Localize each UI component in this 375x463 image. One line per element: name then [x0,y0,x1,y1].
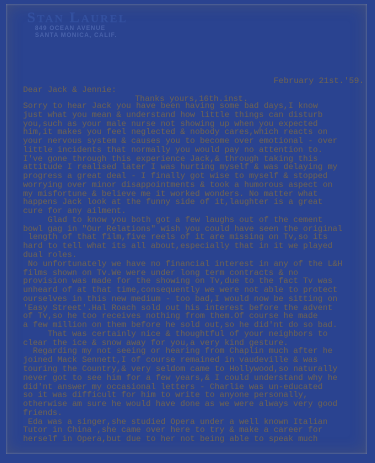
letter-salutation: Dear Jack & Jennie: [23,86,116,95]
letterhead: Stan Laurel 849 OCEAN AVENUE SANTA MONIC… [27,11,128,39]
letter-line: herself in Opera,but due to her not bein… [23,436,365,445]
letter-body: Sorry to hear Jack you have been having … [23,103,365,445]
letter-date: February 21st.'59. [274,76,364,86]
scan-frame: Stan Laurel 849 OCEAN AVENUE SANTA MONIC… [0,0,375,463]
letterhead-name: Stan Laurel [27,11,128,26]
letterhead-address-line2: SANTA MONICA, CALIF. [35,33,128,40]
letterhead-address-line1: 849 OCEAN AVENUE [35,26,128,33]
letter-paper: Stan Laurel 849 OCEAN AVENUE SANTA MONIC… [6,4,367,454]
letter-line: otherwise am sure he would have done as … [23,401,365,410]
